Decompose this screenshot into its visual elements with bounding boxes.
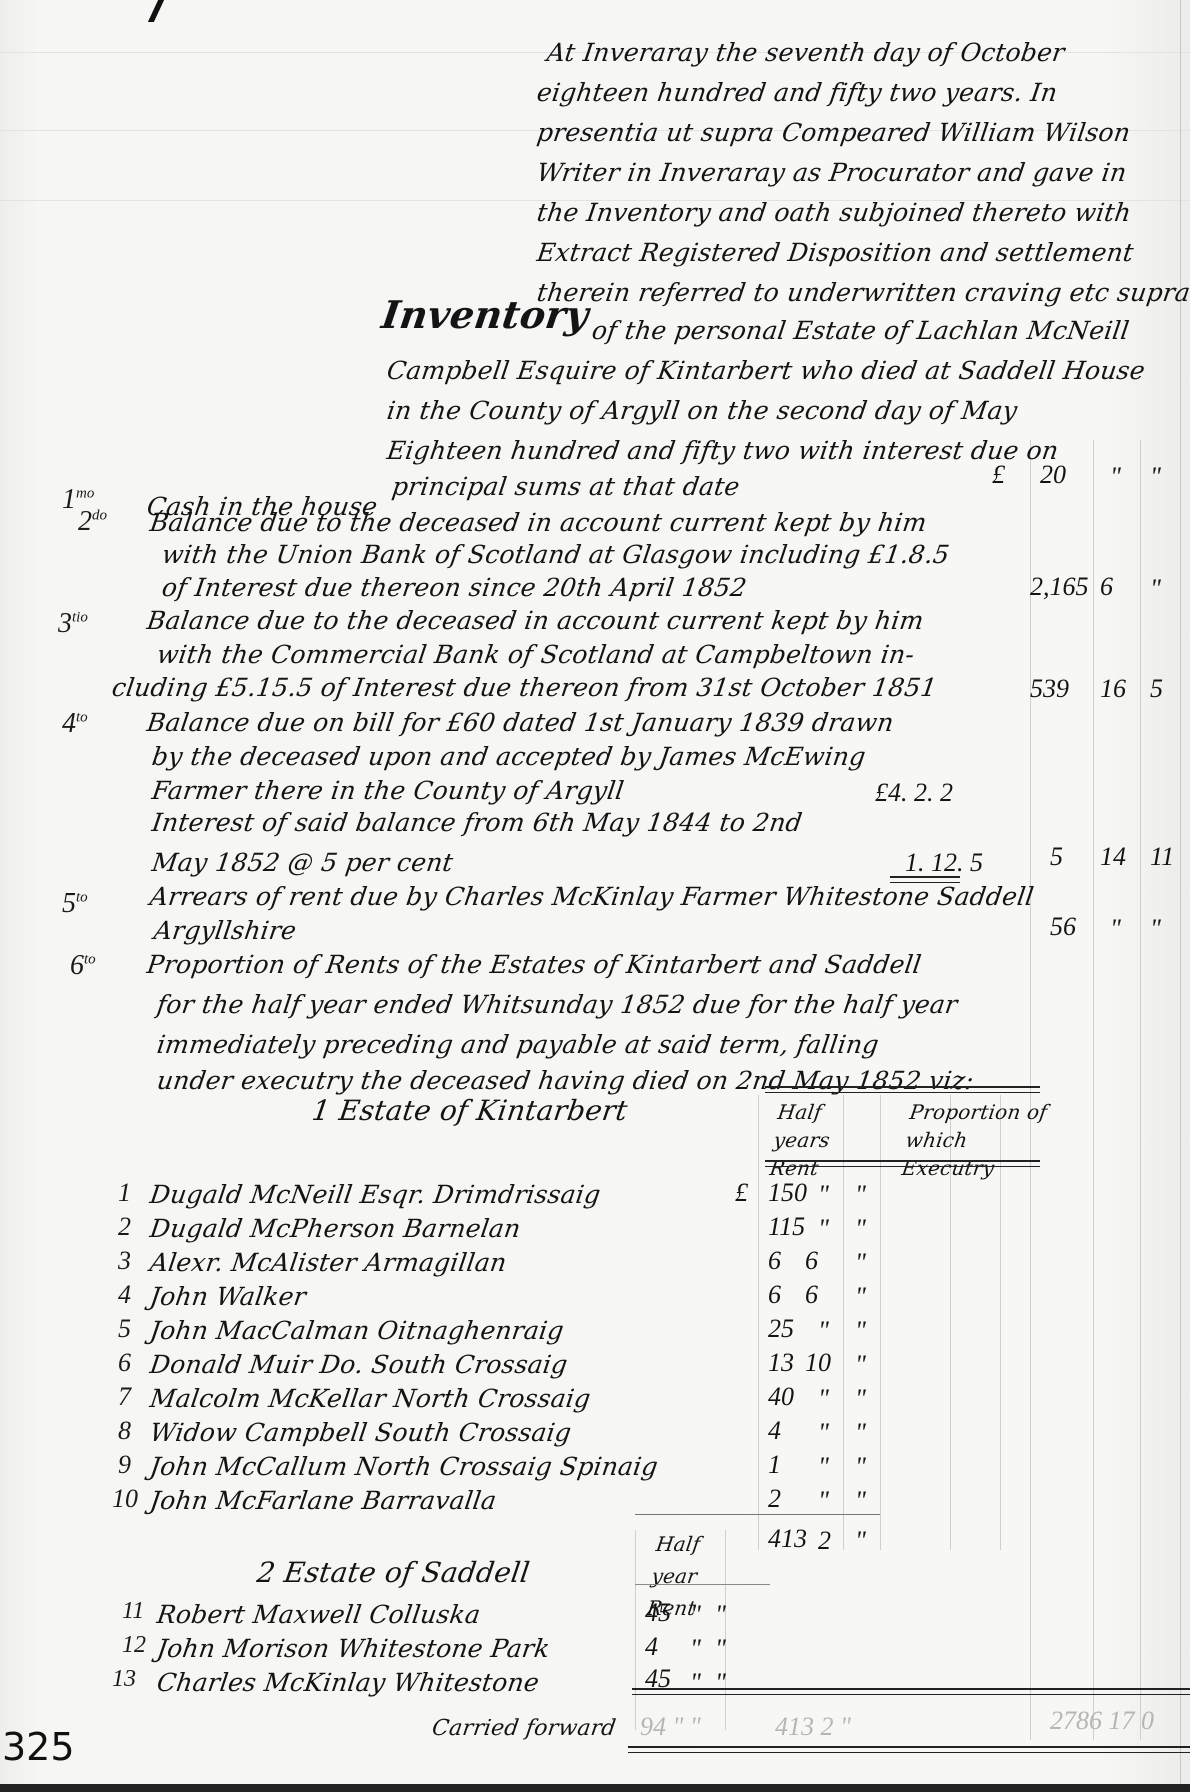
preamble-line: At Inveraray the seventh day of October (545, 38, 1067, 68)
tenant-number: 2 (118, 1212, 131, 1242)
item-number: 2do (78, 506, 107, 538)
item-text: Balance due to the deceased in account c… (148, 508, 929, 538)
item-text: May 1852 @ 5 per cent (150, 848, 455, 878)
rent-pence: " (715, 1600, 726, 1630)
tenant-number: 6 (118, 1348, 131, 1378)
title-line: Eighteen hundred and fifty two with inte… (385, 436, 1060, 466)
amount-pence: " (1150, 574, 1161, 604)
sub-amount: £4. 2. 2 (875, 778, 953, 808)
rent-shillings: " (818, 1316, 829, 1346)
carried-forward-value: 2786 17 0 (1050, 1706, 1154, 1736)
item-text: Proportion of Rents of the Estates of Ki… (145, 950, 923, 980)
title-line: Campbell Esquire of Kintarbert who died … (385, 356, 1147, 386)
rent-shillings: " (818, 1180, 829, 1210)
tenant-name: John McFarlane Barravalla (148, 1486, 498, 1516)
rent-pounds: 6 (768, 1246, 781, 1276)
column-rule (1140, 440, 1141, 1740)
item-text: with the Union Bank of Scotland at Glasg… (160, 540, 951, 570)
rent-pounds: 115 (768, 1212, 805, 1242)
rent-shillings: 6 (805, 1246, 818, 1276)
amount-pence: " (1150, 914, 1161, 944)
carried-forward-value: 413 2 " (775, 1712, 851, 1742)
preamble-line: presentia ut supra Compeared William Wil… (535, 118, 1132, 148)
rent-pounds: 40 (768, 1382, 794, 1412)
amount-pounds: 539 (1030, 674, 1069, 704)
subtotal-shillings: 2 (818, 1526, 831, 1556)
rent-pence: " (855, 1418, 866, 1448)
amount-shillings: 6 (1100, 572, 1113, 602)
col-header-proportion: Proportion of which Executry (900, 1098, 1052, 1182)
page-number: 325 (2, 1725, 75, 1769)
tenant-number: 13 (112, 1666, 136, 1693)
tenant-name: Widow Campbell South Crossaig (148, 1418, 573, 1448)
tenant-name: John McCallum North Crossaig Spinaig (148, 1452, 660, 1482)
amount-pence: 11 (1150, 842, 1174, 872)
subtotal-rule (635, 1514, 880, 1515)
subtotal-pence: " (855, 1526, 866, 1556)
rent-shillings: " (818, 1384, 829, 1414)
rent-shillings: 6 (805, 1280, 818, 1310)
tenant-number: 10 (112, 1484, 138, 1514)
tenant-name: Charles McKinlay Whitestone (155, 1668, 541, 1698)
preamble-line: eighteen hundred and fifty two years. In (535, 78, 1059, 108)
item-text: Farmer there in the County of Argyll (150, 776, 626, 806)
tenant-name: Dugald McNeill Esqr. Drimdrissaig (148, 1180, 602, 1210)
rent-pounds: 6 (768, 1280, 781, 1310)
item-text: Balance due to the deceased in account c… (145, 606, 926, 636)
item-text: of Interest due thereon since 20th April… (160, 573, 749, 603)
rent-pence: " (855, 1316, 866, 1346)
item-text: with the Commercial Bank of Scotland at … (155, 640, 916, 670)
rent-pence: " (855, 1452, 866, 1482)
preamble-line: the Inventory and oath subjoined thereto… (535, 198, 1133, 228)
item-text: Arrears of rent due by Charles McKinlay … (148, 882, 1036, 912)
item-text: Balance due on bill for £60 dated 1st Ja… (145, 708, 896, 738)
estate-heading: 1 Estate of Kintarbert (310, 1096, 629, 1126)
tenant-name: John Walker (148, 1282, 308, 1312)
rent-pence: " (855, 1180, 866, 1210)
amount-shillings: 14 (1100, 842, 1126, 872)
tenant-name: Alexr. McAlister Armagillan (148, 1248, 508, 1278)
amount-pounds: 56 (1050, 912, 1076, 942)
estate-heading: 2 Estate of Saddell (255, 1558, 532, 1588)
amount-pounds: 2,165 (1030, 572, 1089, 602)
tenant-number: 7 (118, 1382, 131, 1412)
item-text: Interest of said balance from 6th May 18… (150, 808, 804, 838)
rent-pounds: 25 (768, 1314, 794, 1344)
amount-pounds: 20 (1040, 460, 1066, 490)
rent-shillings: 10 (805, 1348, 831, 1378)
rent-pence: " (855, 1248, 866, 1278)
tenant-number: 9 (118, 1450, 131, 1480)
tenant-number: 1 (118, 1178, 131, 1208)
header-rule (765, 1160, 1040, 1167)
double-rule (632, 1688, 1190, 1695)
amount-pounds: 5 (1050, 842, 1063, 872)
rent-pounds: 2 (768, 1484, 781, 1514)
rent-pence: " (855, 1214, 866, 1244)
rent-pounds: 150 (768, 1178, 807, 1208)
rent-pounds: 4 (645, 1632, 658, 1662)
rent-pence: " (855, 1282, 866, 1312)
preamble-line: therein referred to underwritten craving… (535, 278, 1190, 308)
item-text: cluding £5.15.5 of Interest due thereon … (110, 673, 939, 703)
tenant-number: 11 (122, 1598, 144, 1625)
title-word: Inventory (380, 300, 590, 330)
tenant-number: 12 (122, 1632, 146, 1659)
rent-pence: " (715, 1634, 726, 1664)
rent-pence: " (855, 1350, 866, 1380)
item-text: for the half year ended Whitsunday 1852 … (155, 990, 959, 1020)
rent-pounds: 1 (768, 1450, 781, 1480)
currency-symbol: £ (992, 460, 1005, 490)
rent-pounds: 4 (768, 1416, 781, 1446)
title-line: in the County of Argyll on the second da… (385, 396, 1019, 426)
carried-forward-label: Carried forward (430, 1714, 618, 1744)
rent-pounds: 13 (768, 1348, 794, 1378)
rent-pounds: 45 (645, 1598, 671, 1628)
double-rule (765, 1086, 1040, 1093)
column-rule (758, 1095, 759, 1550)
preamble-line: Writer in Inveraray as Procurator and ga… (535, 158, 1128, 188)
item-text: by the deceased upon and accepted by Jam… (150, 742, 868, 772)
column-rule (1093, 440, 1094, 1740)
amount-shillings: " (1110, 462, 1121, 492)
tenant-name: Donald Muir Do. South Crossaig (148, 1350, 569, 1380)
carried-forward-value: 94 " " (640, 1712, 701, 1742)
item-number: 6to (70, 950, 96, 982)
item-number: 3tio (58, 608, 88, 640)
amount-shillings: " (1110, 914, 1121, 944)
currency-symbol: £ (735, 1178, 748, 1208)
item-text: immediately preceding and payable at sai… (155, 1030, 881, 1060)
header-rule (635, 1584, 770, 1585)
title-line: principal sums at that date (390, 472, 742, 502)
tenant-name: Robert Maxwell Colluska (155, 1600, 482, 1630)
tenant-name: John Morison Whitestone Park (155, 1634, 552, 1664)
col-header-half-year-rent: Half years Rent (768, 1098, 860, 1182)
title-line: of the personal Estate of Lachlan McNeil… (590, 316, 1131, 346)
double-rule (628, 1746, 1190, 1753)
tenant-number: 8 (118, 1416, 131, 1446)
rent-shillings: " (818, 1214, 829, 1244)
rent-shillings: " (690, 1634, 701, 1664)
preamble-line: Extract Registered Disposition and settl… (535, 238, 1135, 268)
tenant-number: 5 (118, 1314, 131, 1344)
tenant-name: John MacCalman Oitnaghenraig (148, 1316, 566, 1346)
rent-shillings: " (690, 1600, 701, 1630)
amount-shillings: 16 (1100, 674, 1126, 704)
corner-mark (148, 0, 164, 22)
rent-shillings: " (818, 1418, 829, 1448)
rent-pence: " (855, 1486, 866, 1516)
sub-amount: 1. 12. 5 (905, 848, 983, 878)
tenant-name: Dugald McPherson Barnelan (148, 1214, 523, 1244)
rent-shillings: " (818, 1452, 829, 1482)
tenant-name: Malcolm McKellar North Crossaig (148, 1384, 592, 1414)
rent-pence: " (855, 1384, 866, 1414)
tenant-number: 4 (118, 1280, 131, 1310)
subtotal-pounds: 413 (768, 1524, 807, 1554)
page-edge-rule (1180, 0, 1181, 1792)
amount-pence: 5 (1150, 674, 1163, 704)
column-rule (635, 1530, 636, 1730)
page-bottom-edge (0, 1784, 1190, 1792)
rent-shillings: " (818, 1486, 829, 1516)
ledger-page: At Inveraray the seventh day of October … (0, 0, 1190, 1792)
item-number: 5to (62, 888, 88, 920)
item-text: Argyllshire (152, 916, 298, 946)
tenant-number: 3 (118, 1246, 131, 1276)
item-number: 4to (62, 708, 88, 740)
amount-pence: " (1150, 462, 1161, 492)
